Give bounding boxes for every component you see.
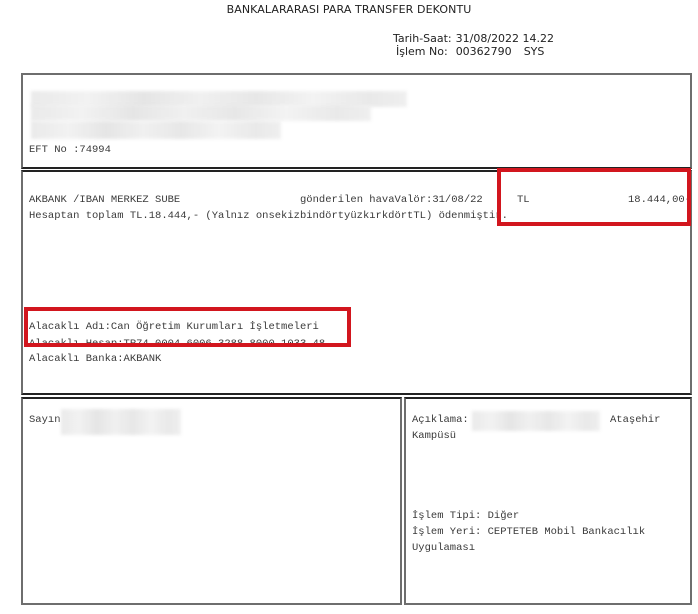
- txn-suffix: SYS: [524, 45, 545, 58]
- redacted-description: [472, 411, 600, 431]
- redacted-sender-line-2: [31, 105, 371, 121]
- addressee-box: Sayın: [21, 397, 402, 605]
- sent-value-date: gönderilen havaValör:31/08/22: [300, 194, 483, 206]
- bank-line: AKBANK /IBAN MERKEZ SUBE: [29, 194, 180, 206]
- recipient-name: Alacaklı Adı:Can Öğretim Kurumları İşlet…: [29, 321, 319, 333]
- amount: 18.444,00-: [628, 194, 691, 206]
- recipient-account: Alacaklı Hesap:TR74 0004 6006 3288 8000 …: [29, 338, 325, 344]
- eft-number: EFT No :74994: [29, 144, 111, 156]
- transaction-type: İşlem Tipi: Diğer: [412, 510, 519, 522]
- transaction-number: İşlem No:00362790SYS: [396, 45, 544, 58]
- total-line: Hesaptan toplam TL.18.444,- (Yalnız onse…: [29, 210, 508, 222]
- txn-label: İşlem No:: [396, 45, 448, 58]
- transaction-place: İşlem Yeri: CEPTETEB Mobil Bankacılık: [412, 526, 645, 538]
- date-label: Tarih-Saat:: [393, 32, 452, 45]
- date-time: Tarih-Saat:31/08/2022 14.22: [393, 32, 554, 45]
- description-line-2: Kampüsü: [412, 430, 456, 442]
- sender-box: EFT No :74994: [21, 73, 692, 169]
- redacted-sender-line-3: [31, 121, 281, 139]
- details-box: Açıklama: Ataşehir Kampüsü İşlem Tipi: D…: [404, 397, 692, 605]
- redacted-addressee-name: [61, 409, 181, 435]
- recipient-bank: Alacaklı Banka:AKBANK: [29, 353, 161, 365]
- txn-value: 00362790: [456, 45, 512, 58]
- currency: TL: [517, 194, 530, 206]
- description-suffix: Ataşehir: [610, 414, 660, 426]
- salutation: Sayın: [29, 414, 61, 426]
- document-title: BANKALARARASI PARA TRANSFER DEKONTU: [0, 3, 698, 16]
- transaction-place-line-2: Uygulaması: [412, 542, 475, 554]
- transfer-box: AKBANK /IBAN MERKEZ SUBE gönderilen hava…: [21, 170, 692, 395]
- description-label: Açıklama:: [412, 414, 469, 426]
- date-value: 31/08/2022 14.22: [456, 32, 554, 45]
